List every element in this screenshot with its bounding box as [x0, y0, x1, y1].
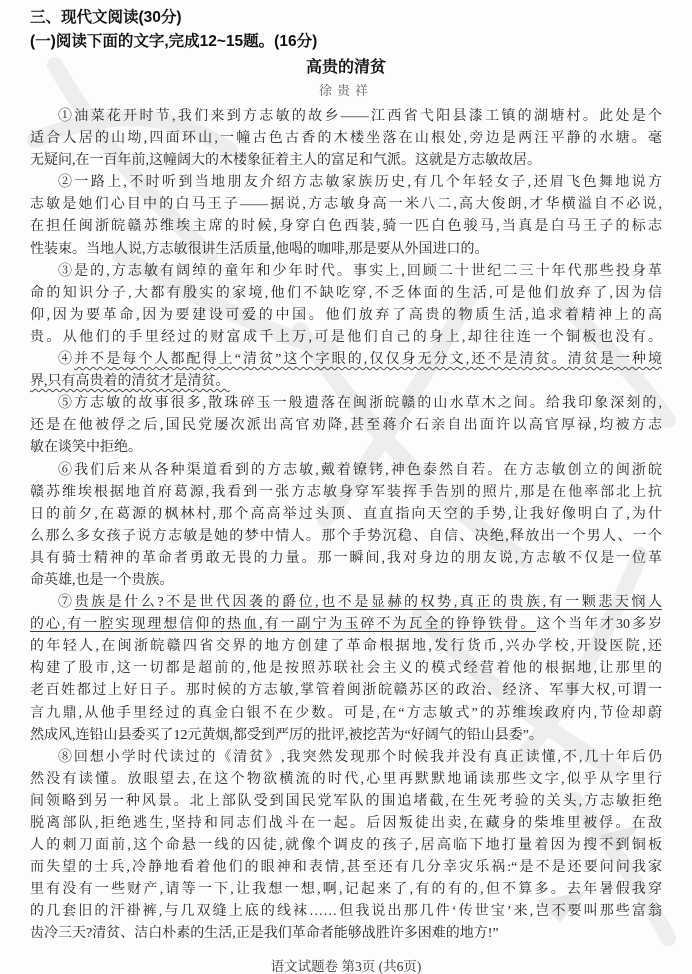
passage-line: ③是的,方志敏有阔绰的童年和少年时代。事实上,回顾二十世纪二三十年代那些投身革 [30, 261, 662, 283]
passage-line: 言九鼎,从他手里经过的真金白银不在少数。可是,在“方志敏式”的苏维埃政府内,节俭… [30, 703, 662, 725]
passage-text: ②一路上,不时听到当地朋友介绍方志敏家族历史,有几个年轻女子,还眉飞色舞地说方 [58, 175, 662, 190]
passage-text: 间领略到另一种风景。北上部队受到国民党军队的围追堵截,在生死考验的关头,方志敏拒… [30, 794, 662, 809]
passage-text: ③是的,方志敏有阔绰的童年和少年时代。事实上,回顾二十世纪二三十年代那些投身革 [58, 264, 662, 279]
passage-line: 的年轻人,在闽浙皖赣四省交界的地方创建了革命根据地,发行货币,兴办学校,开设医院… [30, 636, 662, 658]
passage-text: ⑦ [58, 595, 75, 610]
passage-text: 的年轻人,在闽浙皖赣四省交界的地方创建了革命根据地,发行货币,兴办学校,开设医院… [30, 639, 662, 654]
passage-text: ⑧回想小学时代读过的《清贫》,我突然发现那个时候我并没有真正读懂,不,几十年后仍 [58, 750, 662, 765]
passage-text: 赣苏维埃根据地首府葛源,我看到一张方志敏身穿军装挥手告别的照片,那是在他率部北上… [30, 485, 662, 500]
passage-line: 敏在谈笑中拒绝。 [30, 437, 662, 459]
instruction-line: (一)阅读下面的文字,完成12~15题。(16分) [30, 30, 662, 54]
passage-text: 日的前夕,在葛源的枫林村,那个高高举过头顶、直直指向天空的手势,让我好像明白了,… [30, 507, 662, 522]
passage-line: ⑥我们后来从各种渠道看到的方志敏,戴着镣铐,神色泰然自若。在方志敏创立的闽浙皖 [30, 460, 662, 482]
passage-line: 然成风,连铅山县委买了12元黄烟,都受到严厉的批评,被挖苦为“好阔气的铅山县委”… [30, 725, 662, 747]
passage-line: 具有骑士精神的革命者勇敢无畏的力量。那一瞬间,我对身边的朋友说,方志敏不仅是一位… [30, 548, 662, 570]
passage-text: 贵。从他们的手里经过的财富成千上万,可是他们自己的身上,却往往连一个铜板也没有。 [30, 330, 662, 345]
passage-text: 构建了股市,这一切都是超前的,他是按照苏联社会主义的模式经营着他的根据地,让那里… [30, 661, 662, 676]
passage-text: 敏在谈笑中拒绝。 [30, 440, 142, 455]
passage-line: 在担任闽浙皖赣苏维埃主席的时候,身穿白色西装,骑一匹白色骏马,当真是白马王子的标… [30, 216, 662, 238]
passage-author: 徐贵祥 [30, 80, 662, 101]
passage-line: 而失望的士兵,冷静地看着他们的眼神和表情,甚至还有几分幸灾乐祸:“是不是还要问问… [30, 857, 662, 879]
passage-line: 里有没有一些财产,请等一下,让我想一想,啊,记起来了,有的有的,但不算多。去年暑… [30, 879, 662, 901]
page-footer: 语文试题卷 第3页 (共6页) [30, 955, 662, 974]
passage-line: 脱离部队,拒绝逃生,坚持和同志们战斗在一起。后因叛徒出卖,在藏身的柴堆里被俘。在… [30, 813, 662, 835]
passage-line: 构建了股市,这一切都是超前的,他是按照苏联社会主义的模式经营着他的根据地,让那里… [30, 658, 662, 680]
passage-text: 么那么多女孩子说方志敏是她的梦中情人。那个手势沉稳、自信、决绝,释放出一个男人、… [30, 529, 662, 544]
passage-text: 言九鼎,从他手里经过的真金白银不在少数。可是,在“方志敏式”的苏维埃政府内,节俭… [30, 706, 662, 721]
passage-text: 志敏是她们心目中的白马王子——据说,方志敏身高一米八二,高大俊朗,才华横溢自不必… [30, 197, 662, 212]
passage-line: 命英雄,也是一个贵族。 [30, 570, 662, 592]
passage-text: 在担任闽浙皖赣苏维埃主席的时候,身穿白色西装,骑一匹白色骏马,当真是白马王子的标… [30, 219, 662, 234]
passage-line: 人的刺刀面前,这个命悬一线的囚徒,就像个调皮的孩子,居高临下地打量着因为搜不到铜… [30, 835, 662, 857]
passage-line: 仰,因为要革命,因为要建设可爱的中国。他们放弃了高贵的物质生活,追求着精神上的高 [30, 305, 662, 327]
underlined-text: 贵族是什么?不是世代因袭的爵位,也不是显赫的权势,真正的贵族,有一颗悲天悯人 [75, 595, 662, 610]
passage-text: 还是在他被俘之后,国民党屡次派出高官劝降,甚至蒋介石亲自出面许以高官厚禄,均被方… [30, 418, 662, 433]
passage-line: 的心,有一腔实现理想信仰的热血,有一副宁为玉碎不为瓦全的铮铮铁骨。这个当年才30… [30, 614, 662, 636]
passage-line: ⑦贵族是什么?不是世代因袭的爵位,也不是显赫的权势,真正的贵族,有一颗悲天悯人 [30, 592, 662, 614]
passage-line: 赣苏维埃根据地首府葛源,我看到一张方志敏身穿军装挥手告别的照片,那是在他率部北上… [30, 482, 662, 504]
passage-line: 性装束。当地人说,方志敏很讲生活质量,他喝的咖啡,那是要从外国进口的。 [30, 239, 662, 261]
passage-line: 适合人居的山坳,四面环山,一幢古色古香的木楼坐落在山根处,旁边是两汪平静的水塘。… [30, 128, 662, 150]
passage-line: ①油菜花开时节,我们来到方志敏的故乡——江西省弋阳县漆工镇的湖塘村。此处是个 [30, 106, 662, 128]
passage-text: 仰,因为要革命,因为要建设可爱的中国。他们放弃了高贵的物质生活,追求着精神上的高 [30, 308, 662, 323]
passage-line: 贵。从他们的手里经过的财富成千上万,可是他们自己的身上,却往往连一个铜板也没有。 [30, 327, 662, 349]
passage-line: 还是在他被俘之后,国民党屡次派出高官劝降,甚至蒋介石亲自出面许以高官厚禄,均被方… [30, 415, 662, 437]
passage-text: 老百姓都过上好日子。那时候的方志敏,掌管着闽浙皖赣苏区的政治、经济、军事大权,可… [30, 683, 662, 698]
passage-text: 然没有读懂。放眼望去,在这个物欲横流的时代,心里再默默地诵读那些文字,似乎从字里… [30, 772, 662, 787]
passage-line: 间领略到另一种风景。北上部队受到国民党军队的围追堵截,在生死考验的关头,方志敏拒… [30, 791, 662, 813]
passage-text: 这个当年才30多岁 [536, 617, 662, 632]
passage-line: ④并不是每个人都配得上“清贫”这个字眼的,仅仅身无分文,还不是清贫。清贫是一种境 [30, 349, 662, 371]
passage-line: 志敏是她们心目中的白马王子——据说,方志敏身高一米八二,高大俊朗,才华横溢自不必… [30, 194, 662, 216]
passage-text: 命英雄,也是一个贵族。 [30, 573, 174, 588]
passage-line: ⑤方志敏的故事很多,散珠碎玉一般遗落在闽浙皖赣的山水草木之间。给我印象深刻的, [30, 393, 662, 415]
passage-line: 日的前夕,在葛源的枫林村,那个高高举过头顶、直直指向天空的手势,让我好像明白了,… [30, 504, 662, 526]
passage-line: ②一路上,不时听到当地朋友介绍方志敏家族历史,有几个年轻女子,还眉飞色舞地说方 [30, 172, 662, 194]
passage-text: ④ [58, 352, 74, 367]
passage-line: 老百姓都过上好日子。那时候的方志敏,掌管着闽浙皖赣苏区的政治、经济、军事大权,可… [30, 680, 662, 702]
passage: ①油菜花开时节,我们来到方志敏的故乡——江西省弋阳县漆工镇的湖塘村。此处是个适合… [30, 106, 662, 946]
underlined-text: 的心,有一腔实现理想信仰的热血,有一副宁为玉碎不为瓦全的铮铮铁骨。 [30, 617, 536, 632]
passage-line: 界,只有高贵着的清贫才是清贫。 [30, 371, 662, 393]
passage-text: 脱离部队,拒绝逃生,坚持和同志们战斗在一起。后因叛徒出卖,在藏身的柴堆里被俘。在… [30, 816, 662, 831]
passage-text: ⑤方志敏的故事很多,散珠碎玉一般遗落在闽浙皖赣的山水草木之间。给我印象深刻的, [58, 396, 662, 411]
passage-line: 命的知识分子,大都有殷实的家境,他们不缺吃穿,不乏体面的生活,可是他们放弃了,因… [30, 283, 662, 305]
passage-text: 人的刺刀面前,这个命悬一线的囚徒,就像个调皮的孩子,居高临下地打量着因为搜不到铜… [30, 838, 662, 853]
passage-line: ⑧回想小学时代读过的《清贫》,我突然发现那个时候我并没有真正读懂,不,几十年后仍 [30, 747, 662, 769]
passage-line: 无疑问,在一百年前,这幢阔大的木楼象征着主人的富足和气派。这就是方志敏故居。 [30, 150, 662, 172]
passage-text: 齿冷三天?清贫、洁白朴素的生活,正是我们革命者能够战胜许多困难的地方!” [30, 926, 499, 941]
passage-text: ①油菜花开时节,我们来到方志敏的故乡——江西省弋阳县漆工镇的湖塘村。此处是个 [58, 109, 662, 124]
passage-text: 而失望的士兵,冷静地看着他们的眼神和表情,甚至还有几分幸灾乐祸:“是不是还要问问… [30, 860, 662, 875]
passage-line: 么那么多女孩子说方志敏是她的梦中情人。那个手势沉稳、自信、决绝,释放出一个男人、… [30, 526, 662, 548]
passage-text: 然成风,连铅山县委买了12元黄烟,都受到严厉的批评,被挖苦为“好阔气的铅山县委”… [30, 728, 543, 743]
underlined-text: 并不是每个人都配得上“清贫”这个字眼的,仅仅身无分文,还不是清贫。清贫是一种境 [74, 352, 662, 367]
exam-page: { "header": { "section": "三、现代文阅读(30分)",… [0, 0, 692, 974]
page-content: 三、现代文阅读(30分) (一)阅读下面的文字,完成12~15题。(16分) 高… [0, 0, 692, 974]
passage-text: 适合人居的山坳,四面环山,一幢古色古香的木楼坐落在山根处,旁边是两汪平静的水塘。… [30, 131, 662, 146]
passage-line: 的几套旧的汗褂裤,与几双缝上底的线袜……但我说出那几件‘传世宝’来,岂不要叫那些… [30, 901, 662, 923]
passage-text: 里有没有一些财产,请等一下,让我想一想,啊,记起来了,有的有的,但不算多。去年暑… [30, 882, 662, 897]
passage-text: 的几套旧的汗褂裤,与几双缝上底的线袜……但我说出那几件‘传世宝’来,岂不要叫那些… [30, 904, 662, 919]
passage-line: 然没有读懂。放眼望去,在这个物欲横流的时代,心里再默默地诵读那些文字,似乎从字里… [30, 769, 662, 791]
passage-text: 具有骑士精神的革命者勇敢无畏的力量。那一瞬间,我对身边的朋友说,方志敏不仅是一位… [30, 551, 662, 566]
section-heading: 三、现代文阅读(30分) [30, 6, 662, 30]
passage-line: 齿冷三天?清贫、洁白朴素的生活,正是我们革命者能够战胜许多困难的地方!” [30, 923, 662, 945]
passage-text: ⑥我们后来从各种渠道看到的方志敏,戴着镣铐,神色泰然自若。在方志敏创立的闽浙皖 [58, 463, 662, 478]
passage-title: 高贵的清贫 [30, 56, 662, 80]
passage-text: 性装束。当地人说,方志敏很讲生活质量,他喝的咖啡,那是要从外国进口的。 [30, 242, 489, 257]
underlined-text: 界,只有高贵着的清贫才是清贫。 [30, 374, 230, 389]
passage-text: 命的知识分子,大都有殷实的家境,他们不缺吃穿,不乏体面的生活,可是他们放弃了,因… [30, 286, 662, 301]
passage-text: 无疑问,在一百年前,这幢阔大的木楼象征着主人的富足和气派。这就是方志敏故居。 [30, 153, 541, 168]
